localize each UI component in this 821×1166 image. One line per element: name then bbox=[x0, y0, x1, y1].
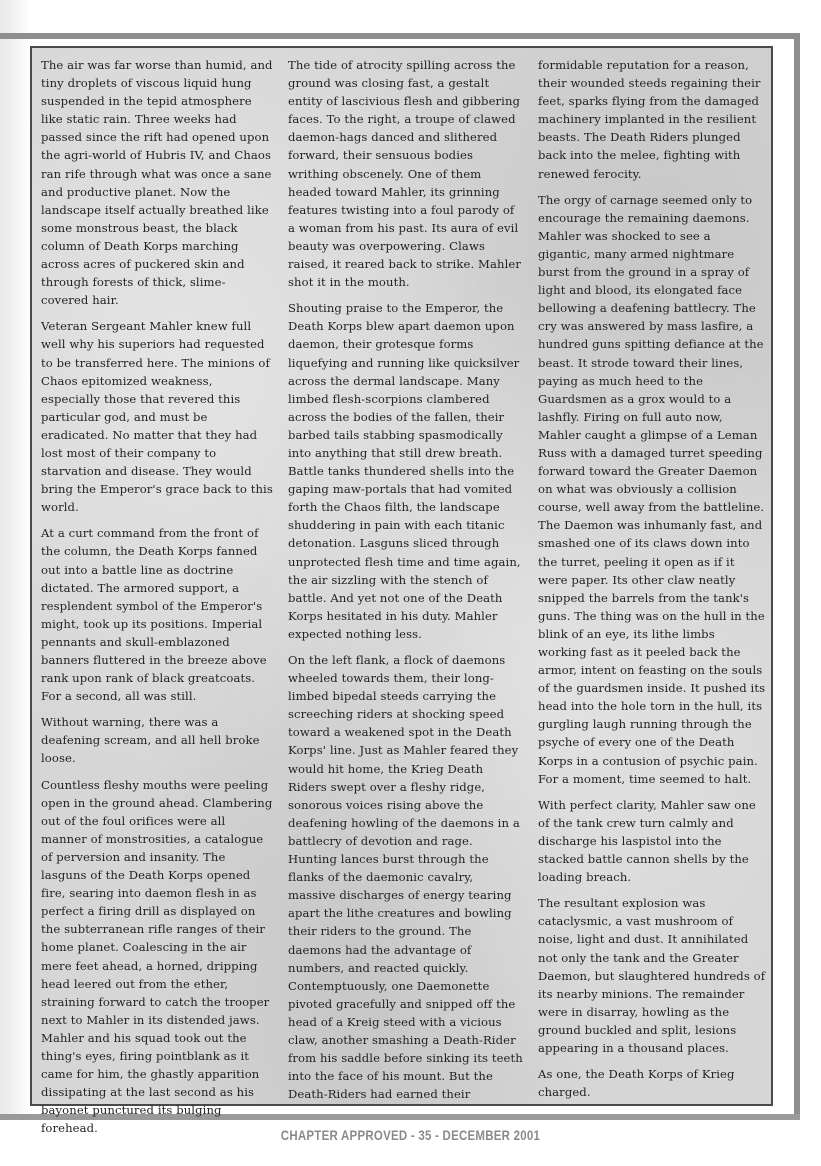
paragraph: The orgy of carnage seemed only to encou… bbox=[538, 191, 766, 788]
story-column-2: The tide of atrocity spilling across the… bbox=[288, 56, 524, 1111]
paragraph: On the left flank, a flock of daemons wh… bbox=[288, 651, 524, 1103]
paragraph: With perfect clarity, Mahler saw one of … bbox=[538, 796, 766, 886]
paragraph: Veteran Sergeant Mahler knew full well w… bbox=[41, 317, 273, 516]
frame-top-bar bbox=[0, 33, 800, 39]
paragraph: At a curt command from the front of the … bbox=[41, 524, 273, 705]
paragraph: Shouting praise to the Emperor, the Deat… bbox=[288, 299, 524, 643]
story-panel: The air was far worse than humid, and ti… bbox=[30, 46, 773, 1106]
paragraph: The tide of atrocity spilling across the… bbox=[288, 56, 524, 291]
story-column-3: formidable reputation for a reason, thei… bbox=[538, 56, 766, 1109]
paragraph: Countless fleshy mouths were peeling ope… bbox=[41, 776, 273, 1138]
page-footer: CHAPTER APPROVED - 35 - DECEMBER 2001 bbox=[74, 1127, 747, 1143]
frame-right-bar bbox=[794, 33, 800, 1120]
page-edge-shadow bbox=[0, 0, 30, 1120]
paragraph: Without warning, there was a deafening s… bbox=[41, 713, 273, 767]
paragraph: As one, the Death Korps of Krieg charged… bbox=[538, 1065, 766, 1101]
story-column-1: The air was far worse than humid, and ti… bbox=[41, 56, 273, 1145]
paragraph: The resultant explosion was cataclysmic,… bbox=[538, 894, 766, 1057]
paragraph: The air was far worse than humid, and ti… bbox=[41, 56, 273, 309]
paragraph: formidable reputation for a reason, thei… bbox=[538, 56, 766, 183]
